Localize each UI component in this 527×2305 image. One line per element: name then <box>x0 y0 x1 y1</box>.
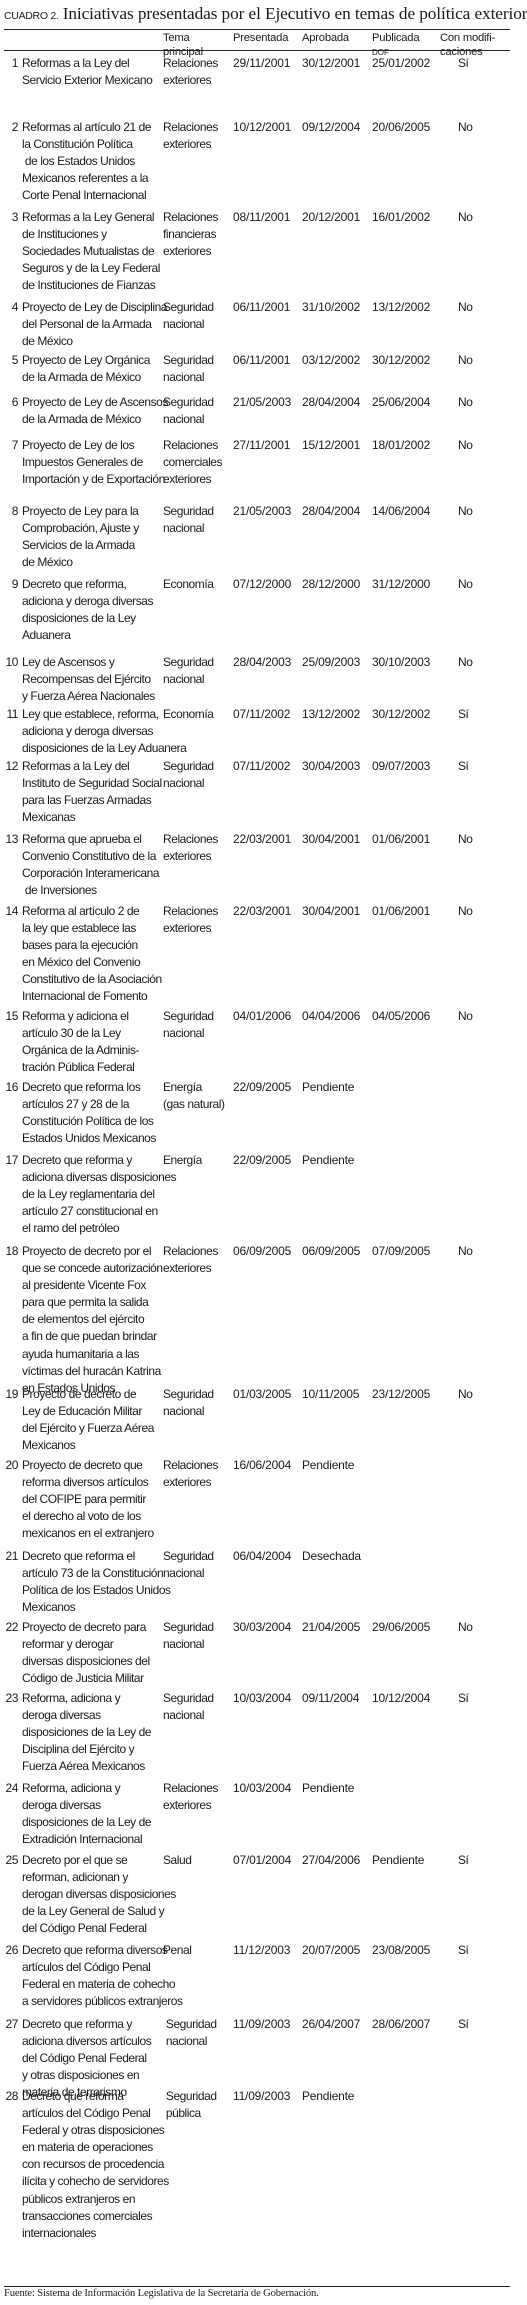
cell-publicada: 14/06/2004 <box>372 503 430 520</box>
caption-title: Iniciativas presentadas por el Ejecutivo… <box>63 4 527 23</box>
cell-publicada: 30/12/2002 <box>372 352 430 369</box>
cell-presentada: 28/04/2003 <box>233 654 291 671</box>
cell-publicada: 30/10/2003 <box>372 654 430 671</box>
cell-mod: Sí <box>458 706 468 723</box>
cell-n: 20 <box>3 1457 18 1474</box>
cell-n: 5 <box>3 352 18 369</box>
cell-n: 27 <box>3 2016 18 2033</box>
cell-presentada: 22/03/2001 <box>233 903 291 920</box>
cell-publicada: 23/08/2005 <box>372 1942 430 1959</box>
cell-desc: Reforma y adiciona el artículo 30 de la … <box>22 1008 139 1076</box>
cell-mod: No <box>458 1008 472 1025</box>
cell-publicada: 10/12/2004 <box>372 1690 430 1707</box>
cell-desc: Proyecto de Ley Orgánica de la Armada de… <box>22 352 150 386</box>
cell-aprobada: 04/04/2006 <box>302 1008 360 1025</box>
cell-n: 19 <box>3 1386 18 1403</box>
cell-aprobada: 09/11/2004 <box>302 1690 359 1707</box>
cell-mod: No <box>458 503 472 520</box>
cell-presentada: 21/05/2003 <box>233 394 291 411</box>
cell-publicada: 18/01/2002 <box>372 437 430 454</box>
cell-publicada: 09/07/2003 <box>372 758 430 775</box>
cell-mod: Sí <box>458 1852 468 1869</box>
cell-aprobada: Pendiente <box>302 1780 354 1797</box>
cell-n: 13 <box>3 831 18 848</box>
header-publicada-label: Publicada <box>372 32 419 44</box>
cell-aprobada: Pendiente <box>302 1457 354 1474</box>
cell-mod: No <box>458 576 472 593</box>
cell-n: 18 <box>3 1243 18 1260</box>
cell-desc: Decreto por el que se reforman, adiciona… <box>22 1852 176 1937</box>
cell-publicada: 01/06/2001 <box>372 903 430 920</box>
cell-desc: Ley de Ascensos y Recompensas del Ejérci… <box>22 654 155 705</box>
cell-presentada: 06/11/2001 <box>233 299 290 316</box>
cell-mod: No <box>458 437 472 454</box>
cell-aprobada: 30/12/2001 <box>302 55 360 72</box>
cell-tema: Relaciones exteriores <box>163 55 218 89</box>
cell-tema: Penal <box>163 1942 191 1959</box>
cell-desc: Reforma que aprueba el Convenio Constitu… <box>22 831 159 899</box>
cell-publicada: 07/09/2005 <box>372 1243 430 1260</box>
cell-n: 16 <box>3 1079 18 1096</box>
cell-n: 21 <box>3 1548 18 1565</box>
cell-tema: Energía (gas natural) <box>163 1079 225 1113</box>
cell-presentada: 11/09/2003 <box>233 2088 290 2105</box>
cell-n: 12 <box>3 758 18 775</box>
cell-tema: Relaciones financieras exteriores <box>163 209 218 260</box>
cell-mod: Sí <box>458 758 468 775</box>
cell-publicada: 01/06/2001 <box>372 831 430 848</box>
cell-publicada: 29/06/2005 <box>372 1619 430 1636</box>
cell-presentada: 22/09/2005 <box>233 1079 291 1096</box>
cell-aprobada: 20/07/2005 <box>302 1942 360 1959</box>
cell-desc: Reformas a la Ley General de Institucion… <box>22 209 160 294</box>
cell-tema: Relaciones exteriores <box>163 831 218 865</box>
bottom-rule <box>4 2286 510 2287</box>
cell-tema: Energía <box>163 1152 202 1169</box>
cell-tema: Seguridad nacional <box>163 1548 214 1582</box>
cell-mod: Sí <box>458 55 468 72</box>
cell-aprobada: 28/04/2004 <box>302 394 360 411</box>
cell-publicada: 16/01/2002 <box>372 209 430 226</box>
cell-tema: Seguridad nacional <box>163 1619 214 1653</box>
cell-desc: Decreto que reforma artículos del Código… <box>22 2088 169 2242</box>
cell-n: 11 <box>3 706 18 723</box>
cell-n: 7 <box>3 437 18 454</box>
cell-aprobada: Pendiente <box>302 2088 354 2105</box>
cell-aprobada: 30/04/2001 <box>302 831 360 848</box>
cell-desc: Proyecto de Ley de Disciplina del Person… <box>22 299 167 350</box>
cell-desc: Proyecto de decreto que reforma diversos… <box>22 1457 154 1542</box>
cell-n: 9 <box>3 576 18 593</box>
cell-aprobada: 13/12/2002 <box>302 706 360 723</box>
cell-tema: Seguridad nacional <box>163 1690 214 1724</box>
cell-tema: Relaciones exteriores <box>163 1457 218 1491</box>
cell-aprobada: Desechada <box>302 1548 361 1565</box>
cell-presentada: 16/06/2004 <box>233 1457 291 1474</box>
cell-presentada: 07/11/2002 <box>233 706 290 723</box>
cell-mod: No <box>458 119 472 136</box>
cell-desc: Decreto que reforma, adiciona y deroga d… <box>22 576 153 644</box>
cell-tema: Seguridad nacional <box>163 654 214 688</box>
cell-desc: Proyecto de decreto de Ley de Educación … <box>22 1386 154 1454</box>
cell-desc: Decreto que reforma diversos artículos d… <box>22 1942 183 2010</box>
cell-n: 25 <box>3 1852 18 1869</box>
cell-tema: Relaciones exteriores <box>163 903 218 937</box>
cell-presentada: 10/03/2004 <box>233 1780 291 1797</box>
cell-desc: Ley que establece, reforma, adiciona y d… <box>22 706 186 757</box>
cell-presentada: 10/12/2001 <box>233 119 291 136</box>
cell-aprobada: 26/04/2007 <box>302 2016 360 2033</box>
cell-aprobada: 20/12/2001 <box>302 209 360 226</box>
cell-desc: Proyecto de Ley de los Impuestos General… <box>22 437 165 488</box>
cell-tema: Economía <box>163 576 213 593</box>
cell-tema: Relaciones exteriores <box>163 119 218 153</box>
cell-n: 2 <box>3 119 18 136</box>
cell-tema: Seguridad nacional <box>163 299 214 333</box>
cell-n: 14 <box>3 903 18 920</box>
cell-aprobada: 28/04/2004 <box>302 503 360 520</box>
cell-desc: Reformas a la Ley del Servicio Exterior … <box>22 55 152 89</box>
cell-desc: Reformas a la Ley del Instituto de Segur… <box>22 758 162 826</box>
cell-desc: Reforma, adiciona y deroga diversas disp… <box>22 1780 151 1848</box>
cell-aprobada: 27/04/2006 <box>302 1852 360 1869</box>
cell-tema: Relaciones exteriores <box>163 1780 218 1814</box>
cell-tema: Economía <box>163 706 213 723</box>
cell-mod: No <box>458 394 472 411</box>
cell-aprobada: 03/12/2002 <box>302 352 360 369</box>
cell-desc: Reformas al artículo 21 de la Constituci… <box>22 119 151 204</box>
cell-mod: Sí <box>458 1690 468 1707</box>
cell-aprobada: 15/12/2001 <box>302 437 360 454</box>
cell-publicada: 25/06/2004 <box>372 394 430 411</box>
cell-aprobada: 30/04/2003 <box>302 758 360 775</box>
cell-mod: Sí <box>458 2016 468 2033</box>
cell-mod: No <box>458 831 472 848</box>
cell-publicada: 28/06/2007 <box>372 2016 430 2033</box>
cell-publicada: 25/01/2002 <box>372 55 430 72</box>
cell-presentada: 01/03/2005 <box>233 1386 291 1403</box>
cell-tema: Salud <box>163 1852 191 1869</box>
cell-publicada: 13/12/2002 <box>372 299 430 316</box>
cell-aprobada: 21/04/2005 <box>302 1619 360 1636</box>
cell-tema: Seguridad nacional <box>163 503 214 537</box>
cell-aprobada: 06/09/2005 <box>302 1243 360 1260</box>
cell-n: 1 <box>3 55 18 72</box>
cell-presentada: 06/04/2004 <box>233 1548 291 1565</box>
cell-tema: Seguridad pública <box>163 2088 217 2122</box>
cell-presentada: 08/11/2001 <box>233 209 290 226</box>
cell-desc: Decreto que reforma los artículos 27 y 2… <box>22 1079 156 1147</box>
cell-desc: Proyecto de decreto para reformar y dero… <box>22 1619 150 1687</box>
header-presentada: Presentada <box>233 31 288 45</box>
cell-aprobada: 10/11/2005 <box>302 1386 359 1403</box>
header-rule <box>4 50 510 51</box>
cell-presentada: 07/01/2004 <box>233 1852 291 1869</box>
cell-mod: No <box>458 209 472 226</box>
cell-aprobada: 25/09/2003 <box>302 654 360 671</box>
cell-presentada: 22/09/2005 <box>233 1152 291 1169</box>
cell-publicada: 23/12/2005 <box>372 1386 430 1403</box>
cell-n: 22 <box>3 1619 18 1636</box>
cell-publicada: Pendiente <box>372 1852 424 1869</box>
cell-aprobada: 31/10/2002 <box>302 299 360 316</box>
cell-aprobada: 09/12/2004 <box>302 119 360 136</box>
cell-n: 6 <box>3 394 18 411</box>
cell-presentada: 06/11/2001 <box>233 352 290 369</box>
cell-mod: No <box>458 1243 472 1260</box>
cell-mod: No <box>458 654 472 671</box>
cell-publicada: 04/05/2006 <box>372 1008 430 1025</box>
caption-label: Cuadro 2. <box>4 10 58 22</box>
cell-tema: Seguridad nacional <box>163 758 214 792</box>
cell-tema: Seguridad nacional <box>163 394 214 428</box>
cell-n: 8 <box>3 503 18 520</box>
cell-publicada: 31/12/2000 <box>372 576 430 593</box>
cell-n: 23 <box>3 1690 18 1707</box>
cell-n: 10 <box>3 654 18 671</box>
cell-desc: Proyecto de Ley de Ascensos de la Armada… <box>22 394 168 428</box>
source-note: Fuente: Sistema de Información Legislati… <box>4 2288 319 2299</box>
cell-presentada: 10/03/2004 <box>233 1690 291 1707</box>
cell-presentada: 30/03/2004 <box>233 1619 291 1636</box>
cell-tema: Relaciones comerciales exteriores <box>163 437 222 488</box>
cell-presentada: 07/12/2000 <box>233 576 291 593</box>
cell-tema: Seguridad nacional <box>163 352 214 386</box>
header-aprobada: Aprobada <box>302 31 349 45</box>
cell-n: 3 <box>3 209 18 226</box>
cell-desc: Reforma, adiciona y deroga diversas disp… <box>22 1690 151 1775</box>
cell-aprobada: 30/04/2001 <box>302 903 360 920</box>
cell-mod: Sí <box>458 1942 468 1959</box>
cell-presentada: 21/05/2003 <box>233 503 291 520</box>
cell-mod: No <box>458 352 472 369</box>
cell-presentada: 07/11/2002 <box>233 758 290 775</box>
cell-publicada: 30/12/2002 <box>372 706 430 723</box>
cell-aprobada: Pendiente <box>302 1152 354 1169</box>
cell-n: 26 <box>3 1942 18 1959</box>
table-caption: Cuadro 2. Iniciativas presentadas por el… <box>4 4 527 24</box>
cell-aprobada: Pendiente <box>302 1079 354 1096</box>
cell-desc: Reforma al artículo 2 de la ley que esta… <box>22 903 162 1006</box>
cell-mod: No <box>458 1619 472 1636</box>
cell-publicada: 20/06/2005 <box>372 119 430 136</box>
cell-presentada: 11/09/2003 <box>233 2016 290 2033</box>
cell-n: 15 <box>3 1008 18 1025</box>
top-rule <box>4 29 510 30</box>
cell-n: 24 <box>3 1780 18 1797</box>
cell-n: 4 <box>3 299 18 316</box>
cell-tema: Seguridad nacional <box>163 1008 214 1042</box>
cell-mod: No <box>458 299 472 316</box>
cell-presentada: 27/11/2001 <box>233 437 290 454</box>
cell-n: 17 <box>3 1152 18 1169</box>
cell-presentada: 04/01/2006 <box>233 1008 291 1025</box>
cell-presentada: 22/03/2001 <box>233 831 291 848</box>
cell-mod: No <box>458 903 472 920</box>
cell-desc: Proyecto de Ley para la Comprobación, Aj… <box>22 503 139 571</box>
cell-presentada: 29/11/2001 <box>233 55 290 72</box>
cell-tema: Seguridad nacional <box>163 1386 214 1420</box>
cell-desc: Decreto que reforma y adiciona diversas … <box>22 1152 176 1237</box>
cell-desc: Decreto que reforma el artículo 73 de la… <box>22 1548 171 1616</box>
cell-mod: No <box>458 1386 472 1403</box>
cell-presentada: 06/09/2005 <box>233 1243 291 1260</box>
cell-n: 28 <box>3 2088 18 2105</box>
cell-presentada: 11/12/2003 <box>233 1942 290 1959</box>
cell-desc: Proyecto de decreto por el que se conced… <box>22 1243 163 1397</box>
cell-tema: Seguridad nacional <box>163 2016 217 2050</box>
cell-aprobada: 28/12/2000 <box>302 576 360 593</box>
cell-tema: Relaciones exteriores <box>163 1243 218 1277</box>
